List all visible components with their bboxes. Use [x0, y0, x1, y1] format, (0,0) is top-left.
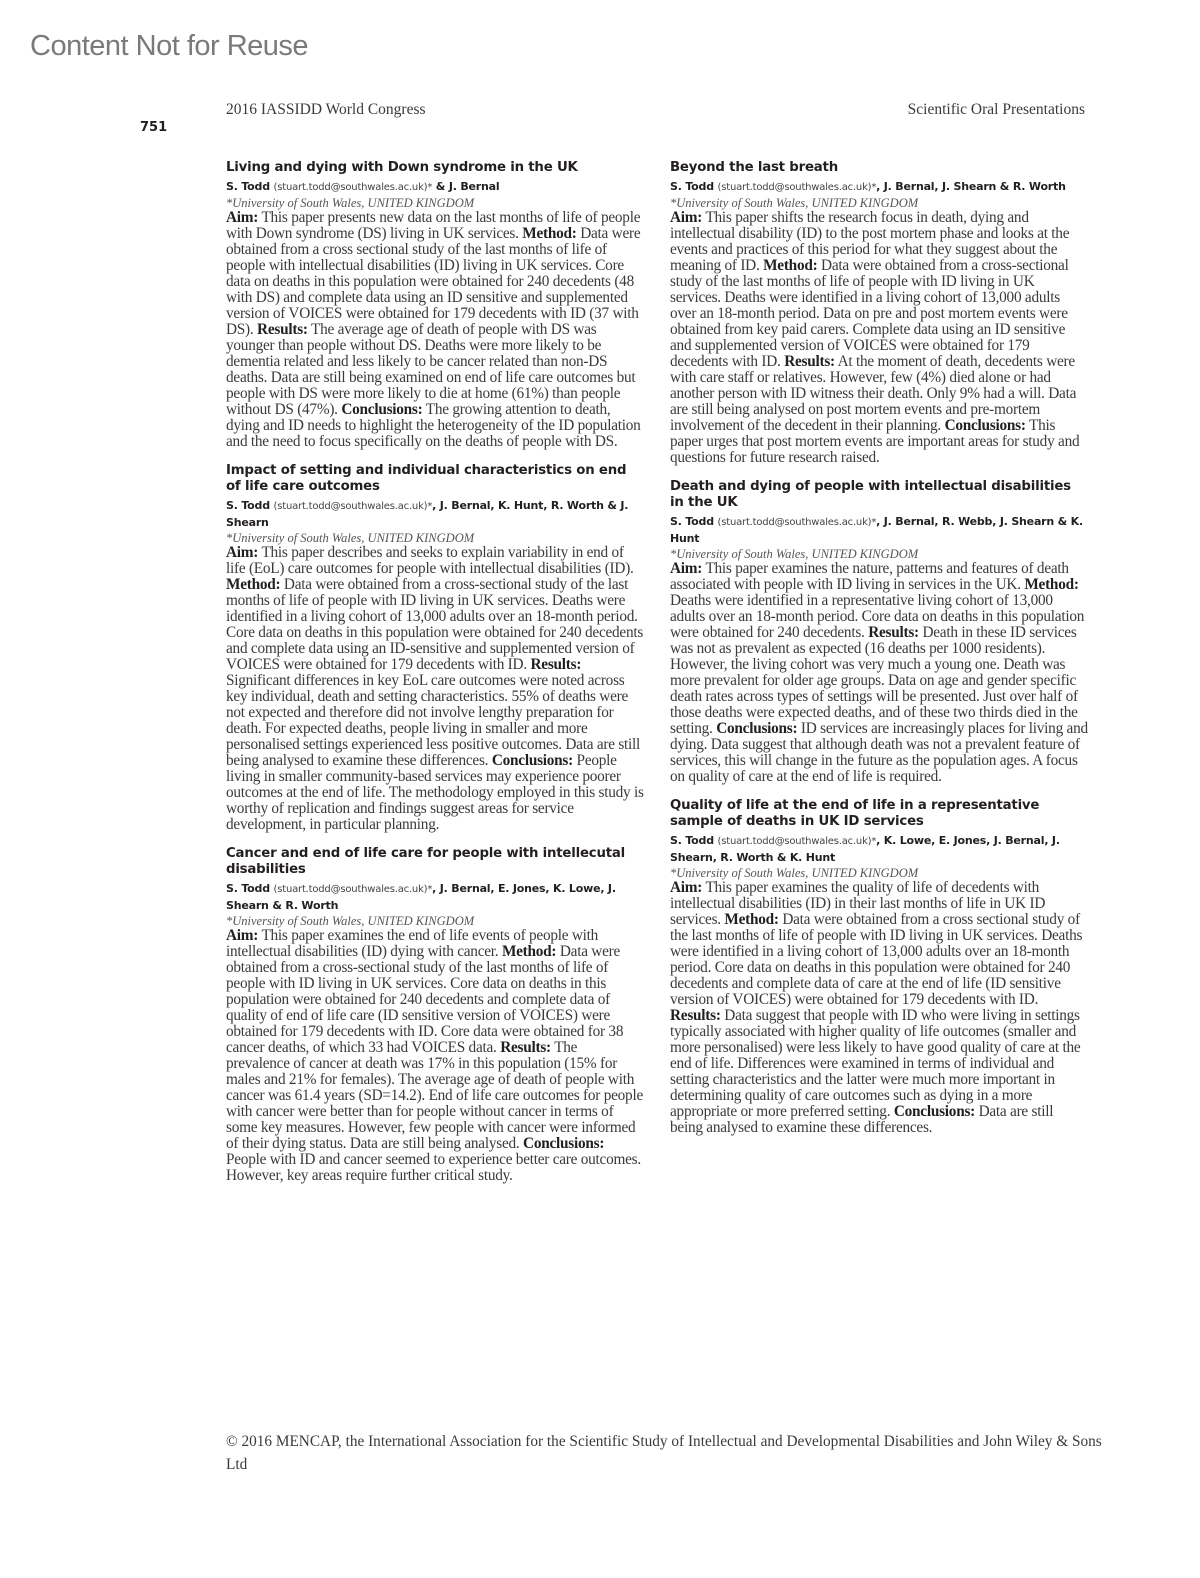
conclusions-label: Conclusions: [341, 401, 422, 418]
abstract-affiliation: *University of South Wales, UNITED KINGD… [226, 914, 644, 928]
abstract-affiliation: *University of South Wales, UNITED KINGD… [670, 547, 1088, 561]
page-number: 751 [140, 120, 167, 135]
conclusions-text: People with ID and cancer seemed to expe… [226, 1151, 641, 1184]
aim-text: This paper examines the nature, patterns… [670, 560, 1069, 593]
abstract-title: Death and dying of people with intellect… [670, 479, 1088, 511]
results-label: Results: [784, 353, 835, 370]
aim-label: Aim: [670, 209, 702, 226]
co-authors: , J. Bernal, J. Shearn & R. Worth [876, 180, 1066, 193]
abstract-authors: S. Todd (stuart.todd@southwales.ac.uk)*,… [670, 179, 1088, 196]
abstract-title: Beyond the last breath [670, 160, 1088, 176]
abstract-affiliation: *University of South Wales, UNITED KINGD… [226, 196, 644, 210]
author-email: (stuart.todd@southwales.ac.uk)* [274, 501, 433, 512]
author-email: (stuart.todd@southwales.ac.uk)* [718, 836, 877, 847]
aim-label: Aim: [226, 544, 258, 561]
lead-author: S. Todd [226, 499, 270, 512]
abstract-authors: S. Todd (stuart.todd@southwales.ac.uk)*,… [226, 881, 644, 914]
abstract: Quality of life at the end of life in a … [670, 798, 1088, 1136]
conclusions-label: Conclusions: [894, 1103, 975, 1120]
aim-label: Aim: [670, 879, 702, 896]
abstract-affiliation: *University of South Wales, UNITED KINGD… [670, 196, 1088, 210]
results-label: Results: [868, 624, 919, 641]
results-label: Results: [670, 1007, 721, 1024]
journal-title: 2016 IASSIDD World Congress [226, 101, 426, 119]
author-email: (stuart.todd@southwales.ac.uk)* [274, 884, 433, 895]
author-email: (stuart.todd@southwales.ac.uk)* [718, 517, 877, 528]
abstract-authors: S. Todd (stuart.todd@southwales.ac.uk)* … [226, 179, 644, 196]
conclusions-label: Conclusions: [716, 720, 797, 737]
abstract-affiliation: *University of South Wales, UNITED KINGD… [670, 866, 1088, 880]
aim-text: This paper describes and seeks to explai… [226, 544, 634, 577]
abstract-body: Aim: This paper examines the end of life… [226, 928, 644, 1184]
aim-label: Aim: [226, 927, 258, 944]
results-label: Results: [530, 656, 581, 673]
abstract-body: Aim: This paper examines the quality of … [670, 880, 1088, 1136]
lead-author: S. Todd [670, 834, 714, 847]
abstract-body: Aim: This paper examines the nature, pat… [670, 561, 1088, 785]
watermark: Content Not for Reuse [30, 30, 308, 63]
results-label: Results: [500, 1039, 551, 1056]
abstract-body: Aim: This paper shifts the research focu… [670, 210, 1088, 466]
abstract: Beyond the last breath S. Todd (stuart.t… [670, 160, 1088, 466]
abstract: Impact of setting and individual charact… [226, 463, 644, 833]
results-label: Results: [257, 321, 308, 338]
conclusions-label: Conclusions: [945, 417, 1026, 434]
abstract-title: Impact of setting and individual charact… [226, 463, 644, 495]
abstract: Cancer and end of life care for people w… [226, 846, 644, 1184]
method-label: Method: [724, 911, 778, 928]
co-authors: & J. Bernal [432, 180, 499, 193]
conclusions-label: Conclusions: [523, 1135, 604, 1152]
method-label: Method: [1024, 576, 1078, 593]
aim-label: Aim: [670, 560, 702, 577]
abstract: Death and dying of people with intellect… [670, 479, 1088, 785]
lead-author: S. Todd [226, 180, 270, 193]
right-column: Beyond the last breath S. Todd (stuart.t… [670, 160, 1088, 1149]
copyright-footer: © 2016 MENCAP, the International Associa… [226, 1430, 1106, 1476]
abstract-authors: S. Todd (stuart.todd@southwales.ac.uk)*,… [226, 498, 644, 531]
abstract-title: Cancer and end of life care for people w… [226, 846, 644, 878]
running-header: 2016 IASSIDD World Congress Scientific O… [226, 101, 1085, 119]
author-email: (stuart.todd@southwales.ac.uk)* [274, 182, 433, 193]
abstract-authors: S. Todd (stuart.todd@southwales.ac.uk)*,… [670, 833, 1088, 866]
method-label: Method: [502, 943, 556, 960]
section-title: Scientific Oral Presentations [908, 101, 1085, 119]
conclusions-label: Conclusions: [492, 752, 573, 769]
aim-label: Aim: [226, 209, 258, 226]
method-label: Method: [522, 225, 576, 242]
abstract-affiliation: *University of South Wales, UNITED KINGD… [226, 531, 644, 545]
abstract-title: Quality of life at the end of life in a … [670, 798, 1088, 830]
abstract-body: Aim: This paper presents new data on the… [226, 210, 644, 450]
abstract-body: Aim: This paper describes and seeks to e… [226, 545, 644, 833]
method-label: Method: [763, 257, 817, 274]
lead-author: S. Todd [670, 180, 714, 193]
abstract-authors: S. Todd (stuart.todd@southwales.ac.uk)*,… [670, 514, 1088, 547]
abstract: Living and dying with Down syndrome in t… [226, 160, 644, 450]
abstract-title: Living and dying with Down syndrome in t… [226, 160, 644, 176]
lead-author: S. Todd [226, 882, 270, 895]
left-column: Living and dying with Down syndrome in t… [226, 160, 644, 1197]
author-email: (stuart.todd@southwales.ac.uk)* [718, 182, 877, 193]
method-label: Method: [226, 576, 280, 593]
lead-author: S. Todd [670, 515, 714, 528]
